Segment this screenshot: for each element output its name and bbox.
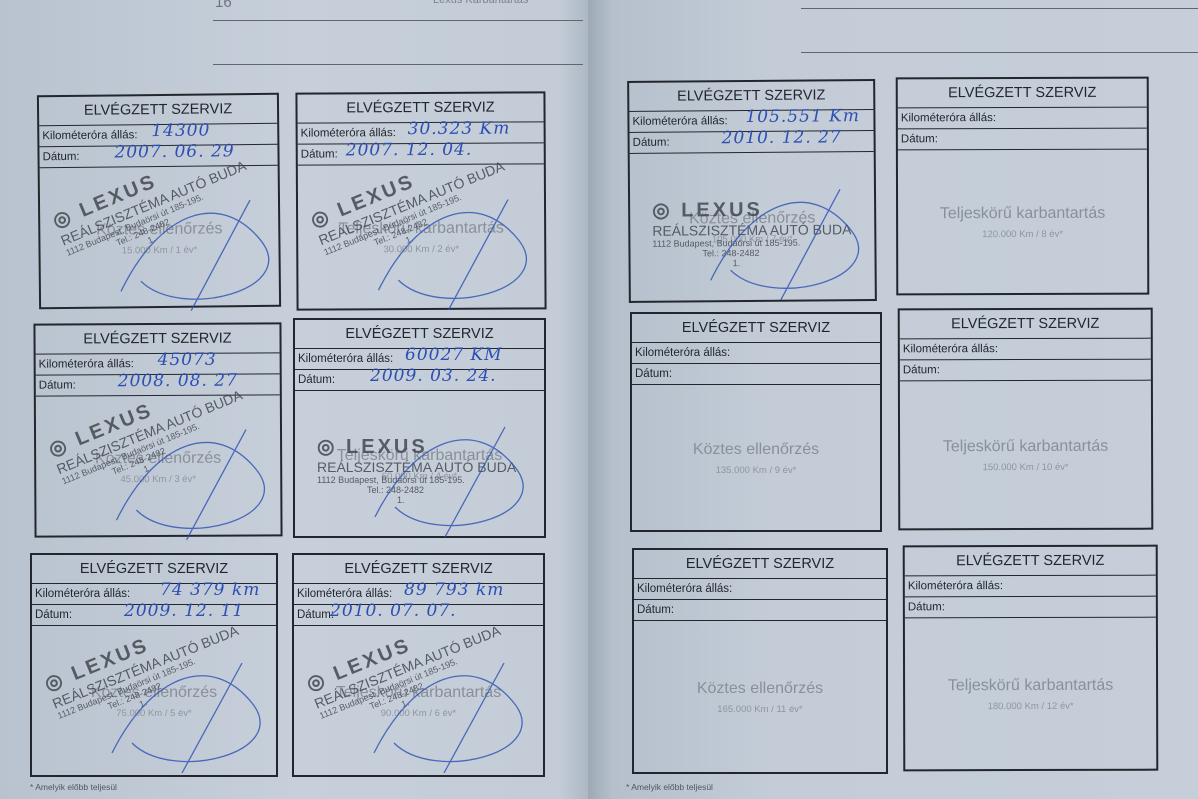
date-row: Dátum: 2007. 06. 29	[39, 145, 277, 168]
odometer-label: Kilométeróra állás:	[301, 127, 396, 139]
date-label: Dátum:	[301, 148, 338, 160]
service-record-card: ELVÉGZETT SZERVIZ Kilométeróra állás: Dá…	[632, 548, 888, 774]
date-label: Dátum:	[297, 609, 334, 621]
service-type: Köztes ellenőrzés	[40, 220, 278, 240]
service-record-card: ELVÉGZETT SZERVIZ Kilométeróra állás: 10…	[627, 79, 877, 303]
odometer-label: Kilométeróra állás:	[298, 353, 393, 365]
date-label: Dátum:	[39, 379, 76, 391]
date-label: Dátum:	[637, 604, 674, 616]
odometer-label: Kilométeróra állás:	[635, 347, 730, 359]
odometer-value: 60027 KM	[405, 345, 503, 365]
card-title: ELVÉGZETT SZERVIZ	[905, 547, 1156, 577]
card-body: Köztes ellenőrzés 45.000 Km / 3 év*	[36, 395, 281, 538]
odometer-row: Kilométeróra állás:	[632, 343, 880, 364]
header-rule	[801, 52, 1198, 53]
odometer-value: 105.551 Km	[745, 106, 860, 127]
date-row: Dátum: 2009. 12. 11	[32, 605, 276, 626]
service-interval: 15.000 Km / 1 év*	[40, 244, 278, 257]
service-type: Köztes ellenőrzés	[634, 680, 886, 698]
date-value: 2009. 03. 24.	[370, 366, 497, 386]
date-row: Dátum: 2007. 12. 04.	[298, 143, 544, 165]
date-row: Dátum: 2008. 08. 27	[36, 374, 280, 396]
date-row: Dátum: 2009. 03. 24.	[295, 370, 544, 391]
date-row: Dátum: 2010. 12. 27	[630, 131, 874, 154]
date-row: Dátum: 2010. 07. 07.	[294, 605, 543, 626]
odometer-label: Kilométeróra állás:	[901, 112, 996, 124]
date-value: 2010. 07. 07.	[330, 601, 457, 621]
card-body: Teljeskörű karbantartás 60.000 Km / 4 év…	[295, 391, 544, 539]
date-label: Dátum:	[298, 374, 335, 386]
service-type: Teljeskörű karbantartás	[905, 676, 1156, 695]
service-type: Köztes ellenőrzés	[36, 449, 280, 468]
date-row: Dátum:	[898, 129, 1147, 151]
service-record-card: ELVÉGZETT SZERVIZ Kilométeróra állás: 89…	[292, 553, 545, 777]
card-body: Köztes ellenőrzés 135.000 Km / 9 év*	[632, 385, 880, 533]
odometer-label: Kilométeróra állás:	[297, 588, 392, 600]
service-interval: 60.000 Km / 4 év*	[295, 471, 544, 482]
service-interval: 105.000 Km / 7 év*	[630, 233, 874, 246]
service-type: Teljeskörű karbantartás	[298, 220, 544, 239]
service-record-card: ELVÉGZETT SZERVIZ Kilométeróra állás: 74…	[30, 553, 278, 777]
card-body: Teljeskörű karbantartás 150.000 Km / 10 …	[900, 381, 1151, 532]
date-value: 2010. 12. 27	[722, 127, 842, 148]
odometer-label: Kilométeróra állás:	[908, 580, 1003, 592]
date-label: Dátum:	[633, 137, 670, 149]
card-body: Köztes ellenőrzés 165.000 Km / 11 év*	[634, 621, 886, 775]
card-body: Teljeskörű karbantartás 90.000 Km / 6 év…	[294, 626, 543, 778]
odometer-label: Kilométeróra állás:	[35, 588, 130, 600]
service-type: Köztes ellenőrzés	[632, 441, 880, 459]
date-value: 2007. 12. 04.	[346, 140, 473, 161]
odometer-label: Kilométeróra állás:	[903, 343, 998, 355]
card-body: Teljeskörű karbantartás 180.000 Km / 12 …	[905, 618, 1156, 773]
service-interval: 180.000 Km / 12 év*	[905, 700, 1156, 712]
odometer-row: Kilométeróra állás:	[900, 339, 1151, 361]
card-body: Köztes ellenőrzés 75.000 Km / 5 év*	[32, 626, 276, 778]
service-record-card: ELVÉGZETT SZERVIZ Kilométeróra állás: Dá…	[903, 545, 1159, 772]
date-row: Dátum:	[634, 600, 886, 621]
odometer-row: Kilométeróra állás:	[898, 108, 1147, 130]
odometer-label: Kilométeróra állás:	[39, 358, 134, 370]
service-interval: 135.000 Km / 9 év*	[632, 465, 880, 476]
date-value: 2008. 08. 27	[118, 371, 238, 392]
service-type: Teljeskörű karbantartás	[900, 438, 1151, 457]
service-interval: 120.000 Km / 8 év*	[898, 229, 1147, 241]
odometer-label: Kilométeróra állás:	[632, 115, 727, 128]
card-body: Teljeskörű karbantartás 120.000 Km / 8 é…	[898, 150, 1147, 297]
service-record-card: ELVÉGZETT SZERVIZ Kilométeróra állás: Dá…	[630, 312, 882, 532]
service-record-card: ELVÉGZETT SZERVIZ Kilométeróra állás: 60…	[293, 318, 546, 538]
header-rule	[213, 20, 583, 21]
odometer-value: 45073	[158, 350, 217, 370]
card-body: Köztes ellenőrzés 105.000 Km / 7 év*	[630, 152, 875, 304]
service-interval: 30.000 Km / 2 év*	[298, 244, 544, 256]
header-rule	[801, 8, 1198, 9]
date-value: 2007. 06. 29	[114, 141, 234, 162]
date-value: 2009. 12. 11	[124, 601, 244, 621]
service-type: Köztes ellenőrzés	[32, 684, 276, 702]
service-record-card: ELVÉGZETT SZERVIZ Kilométeróra állás: Dá…	[898, 308, 1154, 531]
service-type: Teljeskörű karbantartás	[294, 684, 543, 702]
card-title: ELVÉGZETT SZERVIZ	[898, 79, 1147, 109]
footnote: * Amelyik előbb teljesül	[30, 782, 117, 792]
odometer-label: Kilométeróra állás:	[637, 583, 732, 595]
service-type: Teljeskörű karbantartás	[898, 205, 1147, 224]
odometer-row: Kilométeróra állás:	[905, 576, 1156, 598]
odometer-row: Kilométeróra állás:	[634, 579, 886, 600]
card-title: ELVÉGZETT SZERVIZ	[634, 550, 886, 579]
date-row: Dátum:	[900, 360, 1151, 382]
date-label: Dátum:	[42, 151, 79, 163]
odometer-value: 89 793 km	[404, 580, 504, 600]
date-label: Dátum:	[635, 368, 672, 380]
service-record-card: ELVÉGZETT SZERVIZ Kilométeróra állás: 30…	[295, 91, 546, 310]
service-record-card: ELVÉGZETT SZERVIZ Kilométeróra állás: 14…	[37, 93, 281, 310]
card-body: Teljeskörű karbantartás 30.000 Km / 2 év…	[298, 164, 545, 311]
card-body: Köztes ellenőrzés 15.000 Km / 1 év*	[40, 166, 279, 310]
date-label: Dátum:	[903, 364, 940, 376]
date-row: Dátum:	[905, 597, 1156, 619]
card-title: ELVÉGZETT SZERVIZ	[632, 314, 880, 343]
service-interval: 150.000 Km / 10 év*	[900, 462, 1151, 474]
service-interval: 90.000 Km / 6 év*	[294, 708, 543, 719]
odometer-value: 14300	[151, 120, 210, 141]
service-record-card: ELVÉGZETT SZERVIZ Kilométeróra állás: 45…	[33, 322, 282, 537]
service-interval: 165.000 Km / 11 év*	[634, 704, 886, 715]
service-type: Teljeskörű karbantartás	[295, 447, 544, 465]
date-label: Dátum:	[901, 133, 938, 145]
service-interval: 75.000 Km / 5 év*	[32, 708, 276, 719]
odometer-value: 74 379 km	[160, 580, 260, 600]
page-header-title: Lexus Karbantartás	[433, 0, 528, 6]
footnote: * Amelyik előbb teljesül	[626, 782, 713, 792]
service-interval: 45.000 Km / 3 év*	[36, 473, 280, 485]
odometer-label: Kilométeróra állás:	[42, 129, 137, 142]
header-rule	[213, 64, 583, 65]
service-type: Köztes ellenőrzés	[630, 209, 874, 229]
date-row: Dátum:	[632, 364, 880, 385]
date-label: Dátum:	[908, 601, 945, 613]
service-record-card: ELVÉGZETT SZERVIZ Kilométeróra állás: Dá…	[896, 77, 1150, 296]
card-title: ELVÉGZETT SZERVIZ	[900, 310, 1151, 340]
odometer-value: 30.323 Km	[408, 119, 511, 140]
page-number: 16	[215, 0, 232, 11]
date-label: Dátum:	[35, 609, 72, 621]
